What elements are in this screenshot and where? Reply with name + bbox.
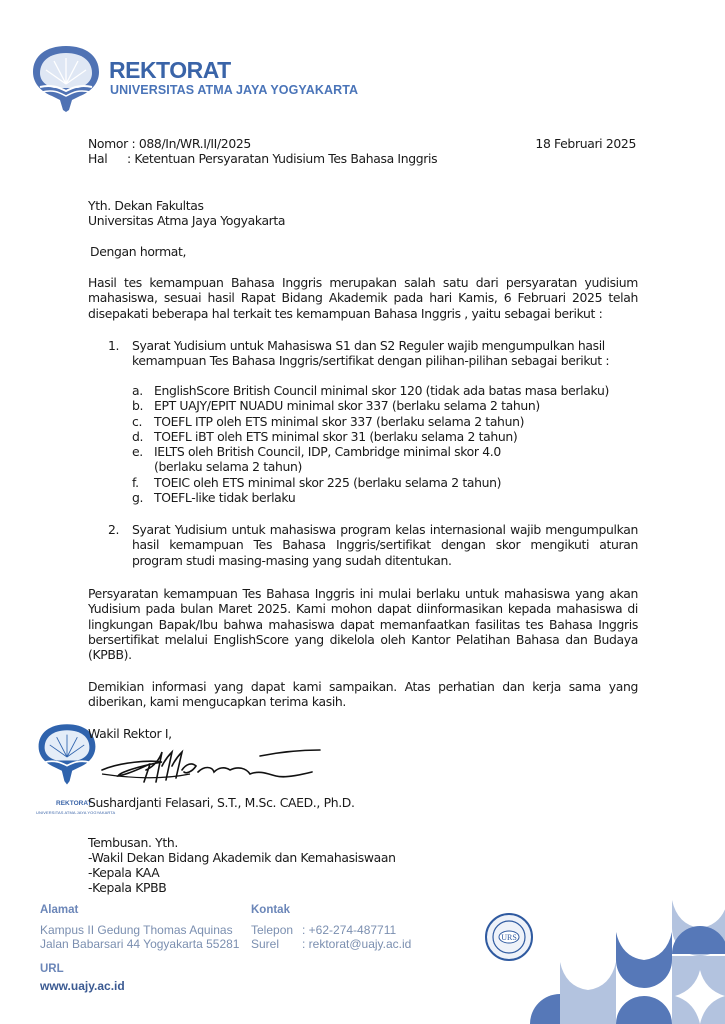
university-logo: [30, 44, 102, 112]
letter-date: 18 Februari 2025: [535, 136, 636, 151]
footer-url-heading: URL: [40, 963, 64, 975]
option-letter: a.: [132, 383, 143, 398]
recipient-line1: Yth. Dekan Fakultas: [88, 198, 204, 213]
footer-address-line1: Kampus II Gedung Thomas Aquinas: [40, 923, 233, 938]
closing-paragraph: Demikian informasi yang dapat kami sampa…: [88, 679, 638, 710]
option-item: g.TOEFL-like tidak berlaku: [132, 490, 632, 505]
option-item: f.TOEIC oleh ETS minimal skor 225 (berla…: [132, 475, 632, 490]
option-item: d.TOEFL iBT oleh ETS minimal skor 31 (be…: [132, 429, 632, 444]
hal-row: Hal: Ketentuan Persyaratan Yudisium Tes …: [88, 151, 437, 166]
option-text: EnglishScore British Council minimal sko…: [154, 383, 609, 398]
decorative-pattern-icon: [530, 900, 725, 1024]
footer-address-line2: Jalan Babarsari 44 Yogyakarta 55281: [40, 937, 239, 952]
footer-email-label: Surel: [251, 937, 279, 952]
hal-label: Hal: [88, 151, 132, 166]
option-item: b.EPT UAJY/EPIT NUADU minimal skor 337 (…: [132, 398, 632, 413]
option-letter: f.: [132, 475, 139, 490]
footer-contact-heading: Kontak: [251, 904, 290, 916]
option-text: EPT UAJY/EPIT NUADU minimal skor 337 (be…: [154, 398, 540, 413]
option-letter: c.: [132, 414, 142, 429]
nomor-value: : 088/In/WR.I/II/2025: [131, 136, 250, 151]
option-letter: e.: [132, 444, 143, 459]
footer-address-heading: Alamat: [40, 904, 78, 916]
option-letter: b.: [132, 398, 143, 413]
body-paragraph: Persyaratan kemampuan Tes Bahasa Inggris…: [88, 586, 638, 662]
nomor-label: Nomor: [88, 136, 128, 151]
footer-phone-label: Telepon: [251, 923, 293, 938]
option-item: c.TOEFL ITP oleh ETS minimal skor 337 (b…: [132, 414, 632, 429]
signature-mark-icon: [100, 744, 325, 788]
option-item: e.IELTS oleh British Council, IDP, Cambr…: [132, 444, 632, 475]
cc-item: -Wakil Dekan Bidang Akademik dan Kemahas…: [88, 850, 396, 865]
option-text: TOEIC oleh ETS minimal skor 225 (berlaku…: [154, 475, 501, 490]
recipient-line2: Universitas Atma Jaya Yogyakarta: [88, 213, 285, 228]
requirement-2: 2. Syarat Yudisium untuk mahasiswa progr…: [108, 522, 638, 568]
footer-phone-value: : +62-274-487711: [302, 923, 396, 938]
stamp-subtitle: UNIVERSITAS ATMA JAYA YOGYAKARTA: [36, 810, 115, 815]
option-item: a.EnglishScore British Council minimal s…: [132, 383, 632, 398]
cc-item: -Kepala KPBB: [88, 880, 166, 895]
option-text: TOEFL iBT oleh ETS minimal skor 31 (berl…: [154, 429, 517, 444]
option-text-continuation: (berlaku selama 2 tahun): [154, 459, 302, 474]
option-letter: d.: [132, 429, 143, 444]
cc-heading: Tembusan. Yth.: [88, 835, 178, 850]
hal-value: : Ketentuan Persyaratan Yudisium Tes Bah…: [127, 151, 437, 166]
cc-item: -Kepala KAA: [88, 865, 159, 880]
header-subtitle: UNIVERSITAS ATMA JAYA YOGYAKARTA: [110, 83, 358, 97]
signatory-position: Wakil Rektor I,: [88, 726, 172, 741]
footer-url-link[interactable]: www.uajy.ac.id: [40, 979, 125, 993]
requirement-text: Syarat Yudisium untuk mahasiswa program …: [132, 522, 638, 568]
requirement-number: 2.: [108, 522, 119, 537]
option-text: TOEFL-like tidak berlaku: [154, 490, 295, 505]
nomor-row: Nomor : 088/In/WR.I/II/2025: [88, 136, 251, 151]
header-title: REKTORAT: [109, 57, 231, 84]
greeting: Dengan hormat,: [90, 244, 186, 259]
option-text: TOEFL ITP oleh ETS minimal skor 337 (ber…: [154, 414, 524, 429]
intro-paragraph: Hasil tes kemampuan Bahasa Inggris merup…: [88, 275, 638, 321]
requirement-1: 1. Syarat Yudisium untuk Mahasiswa S1 da…: [108, 338, 638, 369]
option-letter: g.: [132, 490, 143, 505]
urs-certification-badge-icon: URS: [484, 912, 534, 962]
svg-text:URS: URS: [501, 933, 517, 942]
requirement-number: 1.: [108, 338, 119, 353]
option-text: IELTS oleh British Council, IDP, Cambrid…: [154, 444, 501, 459]
signatory-name: Sushardjanti Felasari, S.T., M.Sc. CAED.…: [88, 795, 355, 810]
stamp-title: REKTORAT: [56, 800, 92, 807]
requirement-text: Syarat Yudisium untuk Mahasiswa S1 dan S…: [132, 338, 632, 369]
option-list: a.EnglishScore British Council minimal s…: [132, 383, 632, 505]
footer-email-link[interactable]: : rektorat@uajy.ac.id: [302, 937, 411, 952]
